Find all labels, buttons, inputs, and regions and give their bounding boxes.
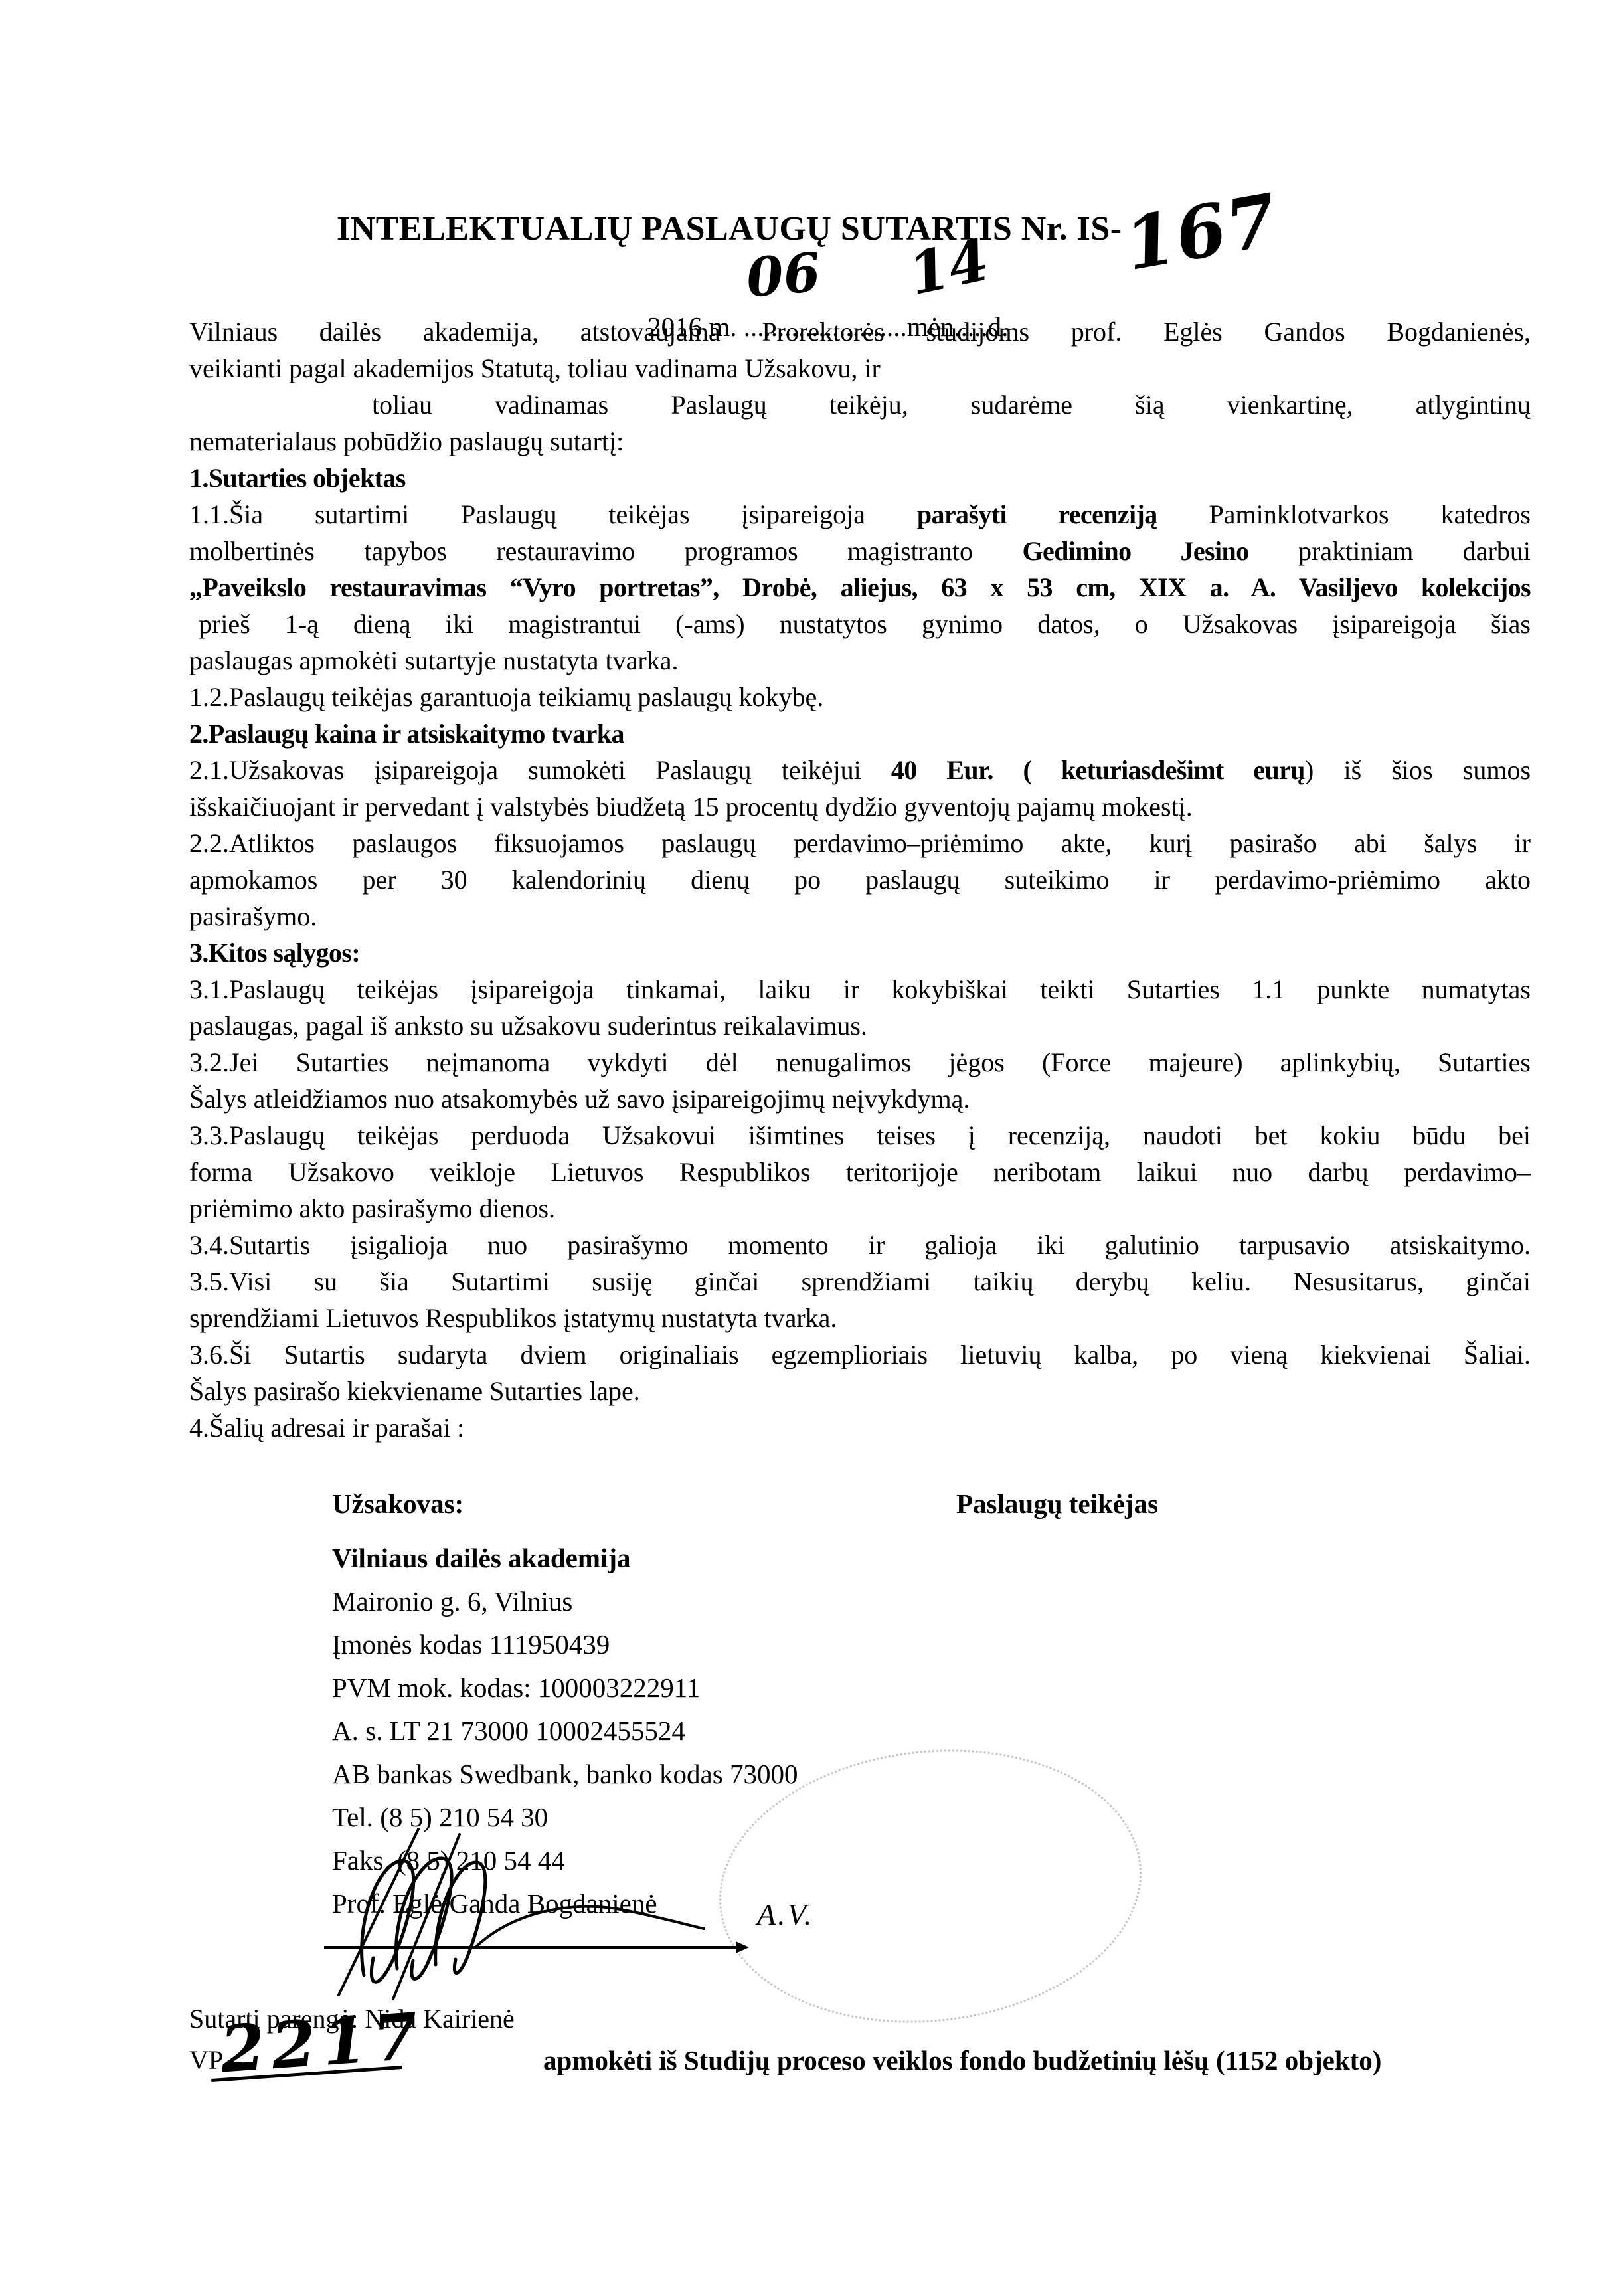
address-line: Maironio g. 6, Vilnius: [332, 1580, 798, 1623]
contract-line: 3.6.Ši Sutartis sudaryta dviem originali…: [189, 1336, 1531, 1373]
contract-line: Vilniaus dailės akademija, atstovaujama …: [189, 313, 1531, 350]
customer-label: Užsakovas:: [332, 1488, 464, 1520]
contract-line: 1.Sutarties objektas: [189, 460, 1531, 496]
av-seal-mark: A.V.: [757, 1897, 813, 1932]
contract-line: 3.3.Paslaugų teikėjas perduoda Užsakovui…: [189, 1117, 1531, 1154]
contract-line: 4.Šalių adresai ir parašai :: [189, 1409, 1531, 1446]
contract-line: išskaičiuojant ir pervedant į valstybės …: [189, 788, 1531, 825]
address-line: AB bankas Swedbank, banko kodas 73000: [332, 1753, 798, 1796]
signature-scrawl: [312, 1814, 790, 2020]
handwritten-contract-number: 167: [1120, 184, 1284, 282]
contract-line: paslaugas apmokėti sutartyje nustatyta t…: [189, 642, 1531, 679]
contract-line: forma Užsakovo veikloje Lietuvos Respubl…: [189, 1154, 1531, 1190]
contract-line: 3.Kitos sąlygos:: [189, 934, 1531, 971]
contract-line: 3.4.Sutartis įsigalioja nuo pasirašymo m…: [189, 1227, 1531, 1263]
contract-line: Šalys pasirašo kiekviename Sutarties lap…: [189, 1373, 1531, 1409]
signature-line-arrow: [736, 1941, 749, 1953]
contract-line: paslaugas, pagal iš anksto su užsakovu s…: [189, 1008, 1531, 1044]
contract-title: INTELEKTUALIŲ PASLAUGŲ SUTARTIS Nr. IS-: [337, 210, 1122, 248]
handwritten-month: 06: [744, 245, 822, 304]
contract-line: 1.2.Paslaugų teikėjas garantuoja teikiam…: [189, 679, 1531, 715]
contract-line: nematerialaus pobūdžio paslaugų sutartį:: [189, 423, 1531, 460]
funding-note: apmokėti iš Studijų proceso veiklos fond…: [543, 2044, 1381, 2076]
signature-line: [324, 1946, 739, 1949]
contract-line: molbertinės tapybos restauravimo program…: [189, 533, 1531, 569]
contract-line: apmokamos per 30 kalendorinių dienų po p…: [189, 861, 1531, 898]
contract-line: 3.5.Visi su šia Sutartimi susiję ginčai …: [189, 1263, 1531, 1300]
address-line: Vilniaus dailės akademija: [332, 1537, 798, 1580]
contract-line: Šalys atleidžiamos nuo atsakomybės už sa…: [189, 1081, 1531, 1117]
handwritten-vp-number: 2217: [218, 2004, 426, 2081]
contract-line: „Paveikslo restauravimas “Vyro portretas…: [189, 569, 1531, 606]
contract-line: sprendžiami Lietuvos Respublikos įstatym…: [189, 1300, 1531, 1336]
contract-line: 3.1.Paslaugų teikėjas įsipareigoja tinka…: [189, 971, 1531, 1008]
contract-line: 2.2.Atliktos paslaugos fiksuojamos pasla…: [189, 825, 1531, 861]
contract-document: INTELEKTUALIŲ PASLAUGŲ SUTARTIS Nr. IS-1…: [0, 0, 1615, 2296]
contract-line: prieš 1-ą dieną iki magistrantui (-ams) …: [189, 606, 1531, 642]
contract-line: 2.Paslaugų kaina ir atsiskaitymo tvarka: [189, 715, 1531, 752]
handwritten-day: 14: [904, 231, 993, 304]
paragraph: Vilniaus dailės akademija, atstovaujama …: [189, 313, 1531, 1446]
provider-label: Paslaugų teikėjas: [956, 1488, 1158, 1520]
contract-line: veikianti pagal akademijos Statutą, toli…: [189, 350, 1531, 387]
contract-line: 2.1.Užsakovas įsipareigoja sumokėti Pasl…: [189, 752, 1531, 788]
address-line: Įmonės kodas 111950439: [332, 1623, 798, 1666]
contract-line: 3.2.Jei Sutarties neįmanoma vykdyti dėl …: [189, 1044, 1531, 1081]
contract-line: priėmimo akto pasirašymo dienos.: [189, 1190, 1531, 1227]
contract-line: toliau vadinamas Paslaugų teikėju, sudar…: [189, 387, 1531, 423]
address-line: A. s. LT 21 73000 10002455524: [332, 1710, 798, 1753]
contract-line: pasirašymo.: [189, 898, 1531, 934]
address-line: PVM mok. kodas: 100003222911: [332, 1666, 798, 1710]
contract-line: 1.1.Šia sutartimi Paslaugų teikėjas įsip…: [189, 496, 1531, 533]
